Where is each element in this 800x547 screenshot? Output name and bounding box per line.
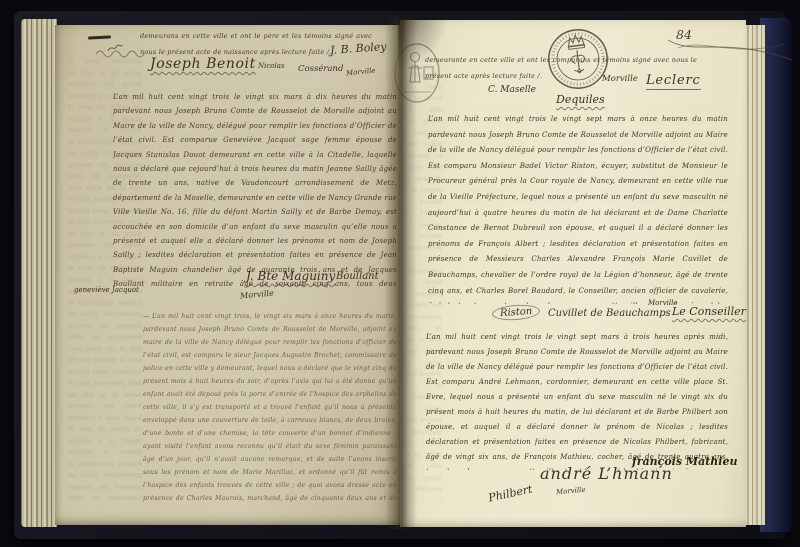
page-number-flourish-icon xyxy=(664,34,796,66)
signature-nicolas: Nicolas xyxy=(258,62,285,70)
photograph-of-register-book: pardevant nous le maire de la ville de N… xyxy=(0,0,800,547)
birth-act-joseph-sailly: L’an mil huit cent vingt trois le vingt … xyxy=(113,90,397,292)
signature-boullant: Boullant xyxy=(336,271,379,282)
left-page-stack-edges xyxy=(21,19,57,527)
paraph-flourish-icon xyxy=(95,47,151,59)
round-crown-stamp-icon xyxy=(539,20,617,98)
signature-cosserand: Cossérand xyxy=(298,64,343,74)
birth-act-nicolas-lehmann: L’an mil huit cent vingt trois le vingt … xyxy=(426,330,728,470)
signature-genevieve-jacquot: geneviève Jacquot xyxy=(74,286,139,294)
signature-maselle: C. Maselle xyxy=(488,85,536,95)
ornament-icon xyxy=(570,50,586,74)
signature-andre-lehmann: andré L’hmann xyxy=(540,464,673,483)
foundling-act-marie-marillac: — L’an mil huit cent vingt trois, le vin… xyxy=(143,310,397,508)
signature-leclerc: Leclerc xyxy=(646,73,701,90)
signature-joseph-benoit: Joseph Benoit xyxy=(150,56,256,72)
birth-act-francois-albert: L’an mil huit cent vingt trois le vingt … xyxy=(428,112,728,304)
signature-le-conseiller: Le Conseiller xyxy=(672,305,746,318)
right-page-stack-edges xyxy=(743,25,765,525)
gutter-shadow xyxy=(385,17,417,529)
crown-icon xyxy=(567,34,585,49)
signature-maguiny: J. Bte Maguiny xyxy=(246,269,335,283)
signature-dequiles: Dequiles xyxy=(556,93,605,106)
signature-cuvillet-de-beauchamps: Cuvillet de Beauchamps xyxy=(548,308,671,319)
signature-morville-3: Morville xyxy=(602,74,638,84)
